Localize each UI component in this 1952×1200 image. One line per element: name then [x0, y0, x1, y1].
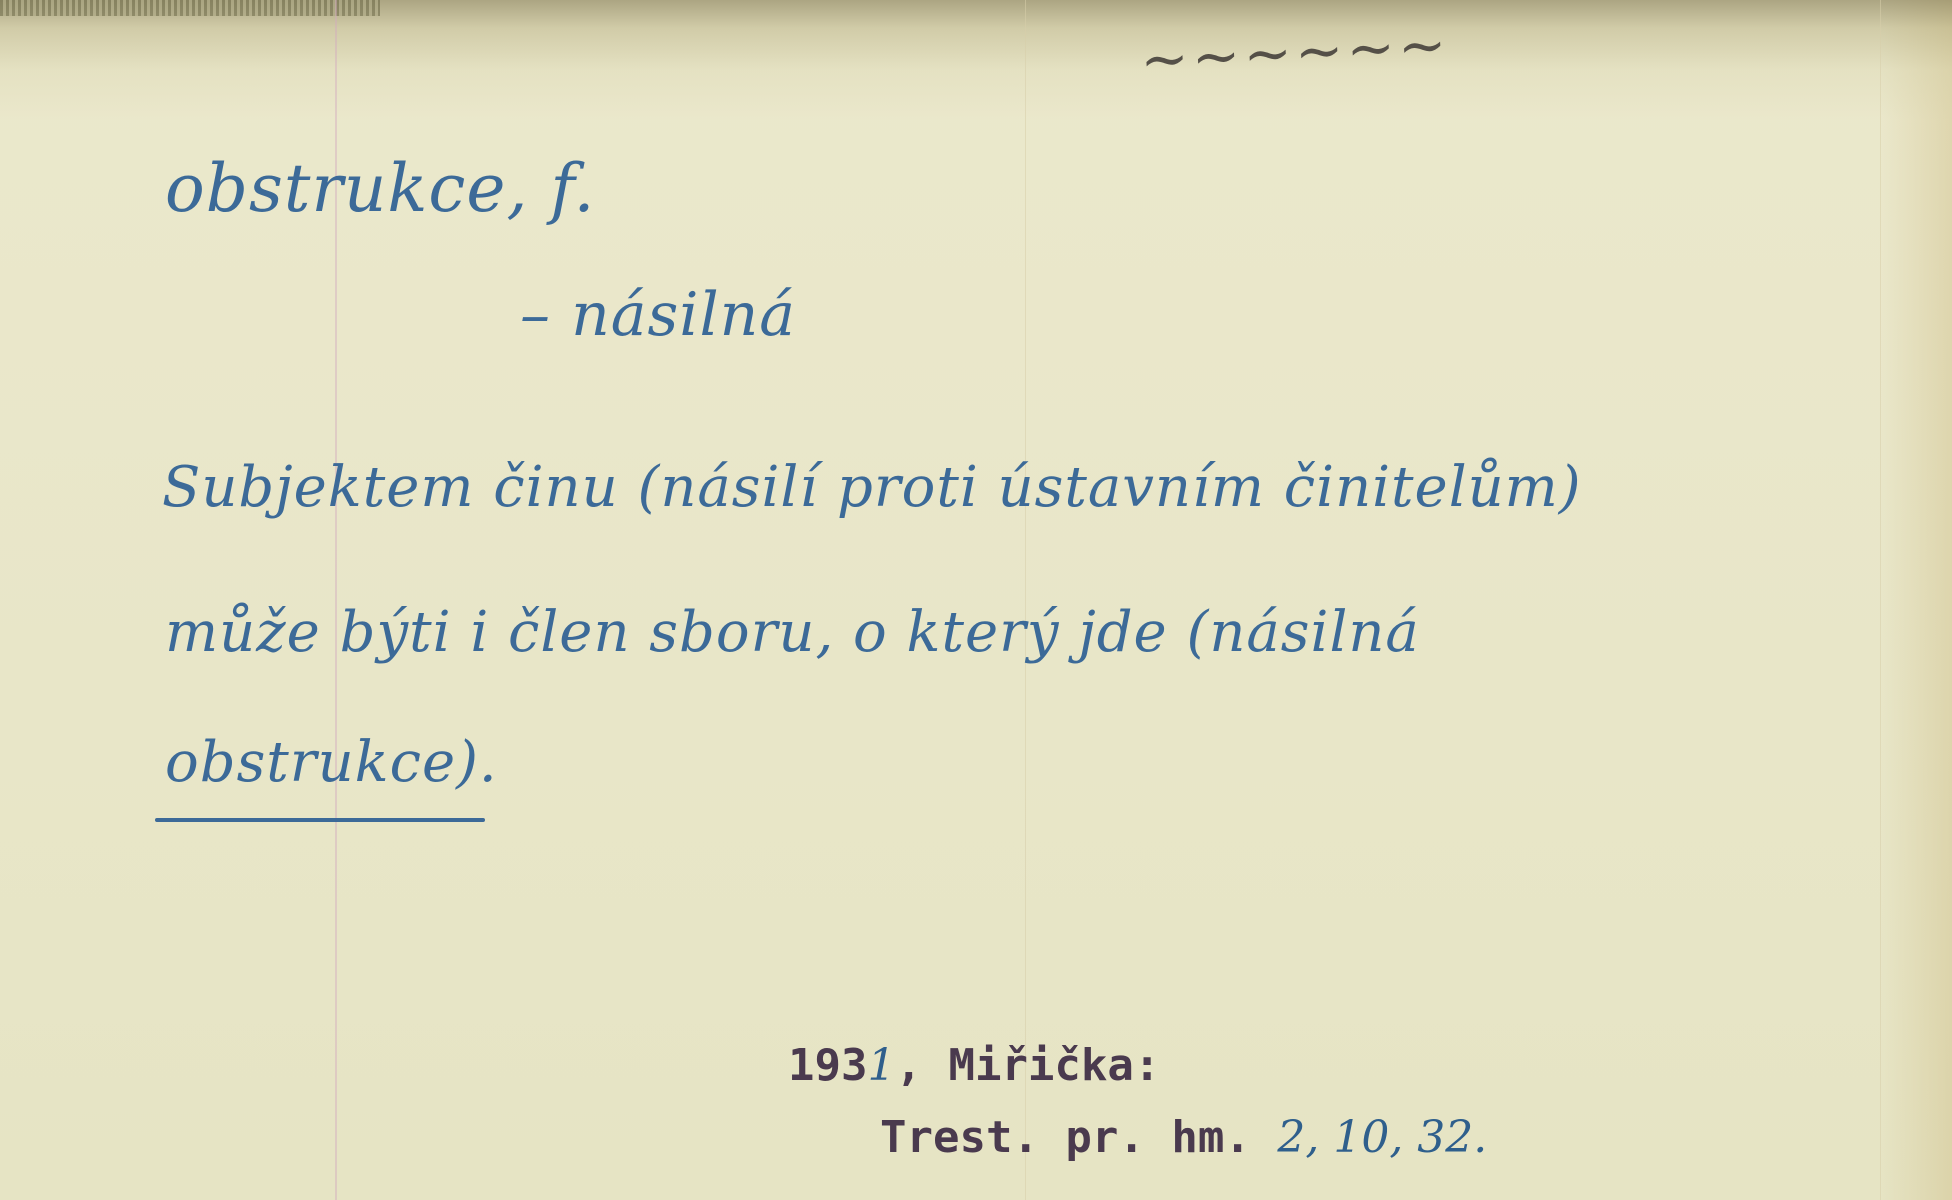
body-line-1: Subjektem činu (násilí proti ústavním či…	[162, 455, 1582, 520]
body-line-3: obstrukce).	[165, 730, 498, 795]
headword: obstrukce, f.	[165, 150, 595, 227]
pencil-scrawl: ~~~~~~	[1138, 10, 1451, 94]
scan-edge	[0, 0, 380, 16]
source-title-stamp: Trest. pr. hm. 2, 10, 32.	[880, 1112, 1487, 1163]
headword-underline	[155, 818, 485, 822]
body-line-2: může býti i člen sboru, o který jde (nás…	[165, 600, 1420, 665]
grammar-label: , f.	[506, 150, 595, 227]
source-author-stamp: 1931, Miřička:	[788, 1040, 1160, 1091]
index-card: ~~~~~~ obstrukce, f. – násilná Subjektem…	[0, 0, 1952, 1200]
headword-text: obstrukce	[165, 150, 506, 227]
source-title: Trest. pr. hm.	[880, 1112, 1251, 1163]
source-year-typed: 193	[788, 1040, 867, 1091]
paper-fiber-line	[1880, 0, 1881, 1200]
subentry: – násilná	[520, 280, 796, 350]
source-author: , Miřička:	[895, 1040, 1160, 1091]
source-year-handwritten: 1	[867, 1040, 895, 1091]
source-reference: 2, 10, 32.	[1277, 1112, 1487, 1163]
